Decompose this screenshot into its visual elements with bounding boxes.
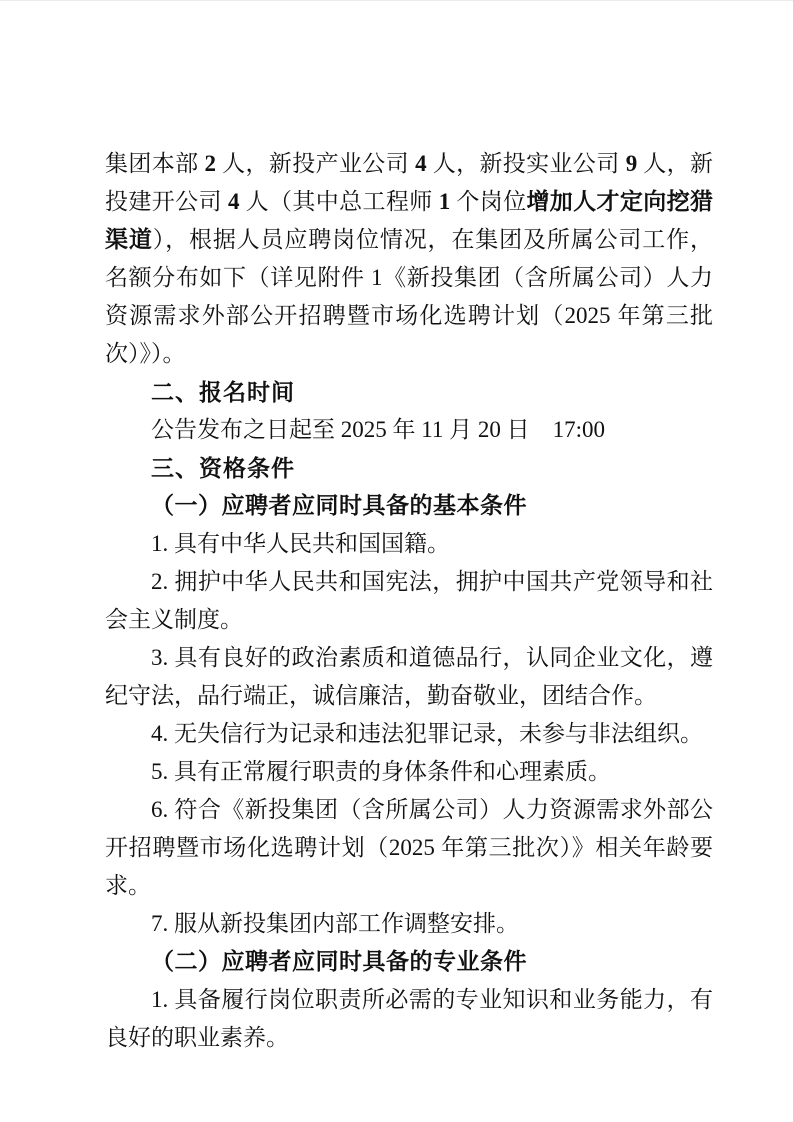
- text-run-bold-number: 1: [439, 189, 451, 214]
- subsection-heading-professional-conditions: （二）应聘者应同时具备的专业条件: [105, 943, 713, 981]
- list-item-basic-6: 6. 符合《新投集团（含所属公司）人力资源需求外部公开招聘暨市场化选聘计划（20…: [105, 791, 713, 905]
- list-item-basic-3: 3. 具有良好的政治素质和道德品行，认同企业文化，遵纪守法，品行端正，诚信廉洁，…: [105, 639, 713, 715]
- text-run: 集团本部: [105, 151, 205, 176]
- body-paragraph-continued: 集团本部 2 人，新投产业公司 4 人，新投实业公司 9 人，新投建开公司 4 …: [105, 145, 713, 373]
- list-item-basic-1: 1. 具有中华人民共和国国籍。: [105, 525, 713, 563]
- section-heading-qualifications: 三、资格条件: [105, 449, 713, 487]
- text-run-bold-number: 4: [228, 189, 240, 214]
- text-run: 人，新投实业公司: [427, 151, 626, 176]
- subsection-heading-basic-conditions: （一）应聘者应同时具备的基本条件: [105, 487, 713, 525]
- list-item-basic-2: 2. 拥护中华人民共和国宪法，拥护中国共产党领导和社会主义制度。: [105, 563, 713, 639]
- text-run-bold-number: 9: [626, 151, 638, 176]
- list-item-professional-1: 1. 具备履行岗位职责所必需的专业知识和业务能力，有良好的职业素养。: [105, 981, 713, 1057]
- signup-time-paragraph: 公告发布之日起至 2025 年 11 月 20 日 17:00: [105, 411, 713, 449]
- list-item-basic-7: 7. 服从新投集团内部工作调整安排。: [105, 905, 713, 943]
- document-page: 集团本部 2 人，新投产业公司 4 人，新投实业公司 9 人，新投建开公司 4 …: [0, 0, 793, 1122]
- section-heading-signup-time: 二、报名时间: [105, 373, 713, 411]
- list-item-basic-4: 4. 无失信行为记录和违法犯罪记录，未参与非法组织。: [105, 715, 713, 753]
- text-run-bold-number: 4: [415, 151, 427, 176]
- text-run: 个岗位: [450, 189, 526, 214]
- text-run: 人（其中总工程师: [239, 189, 438, 214]
- text-run: ），根据人员应聘岗位情况，在集团及所属公司工作，名额分布如下（详见附件 1《新投…: [105, 227, 713, 366]
- text-run-bold-number: 2: [205, 151, 217, 176]
- text-run: 人，新投产业公司: [216, 151, 415, 176]
- list-item-basic-5: 5. 具有正常履行职责的身体条件和心理素质。: [105, 753, 713, 791]
